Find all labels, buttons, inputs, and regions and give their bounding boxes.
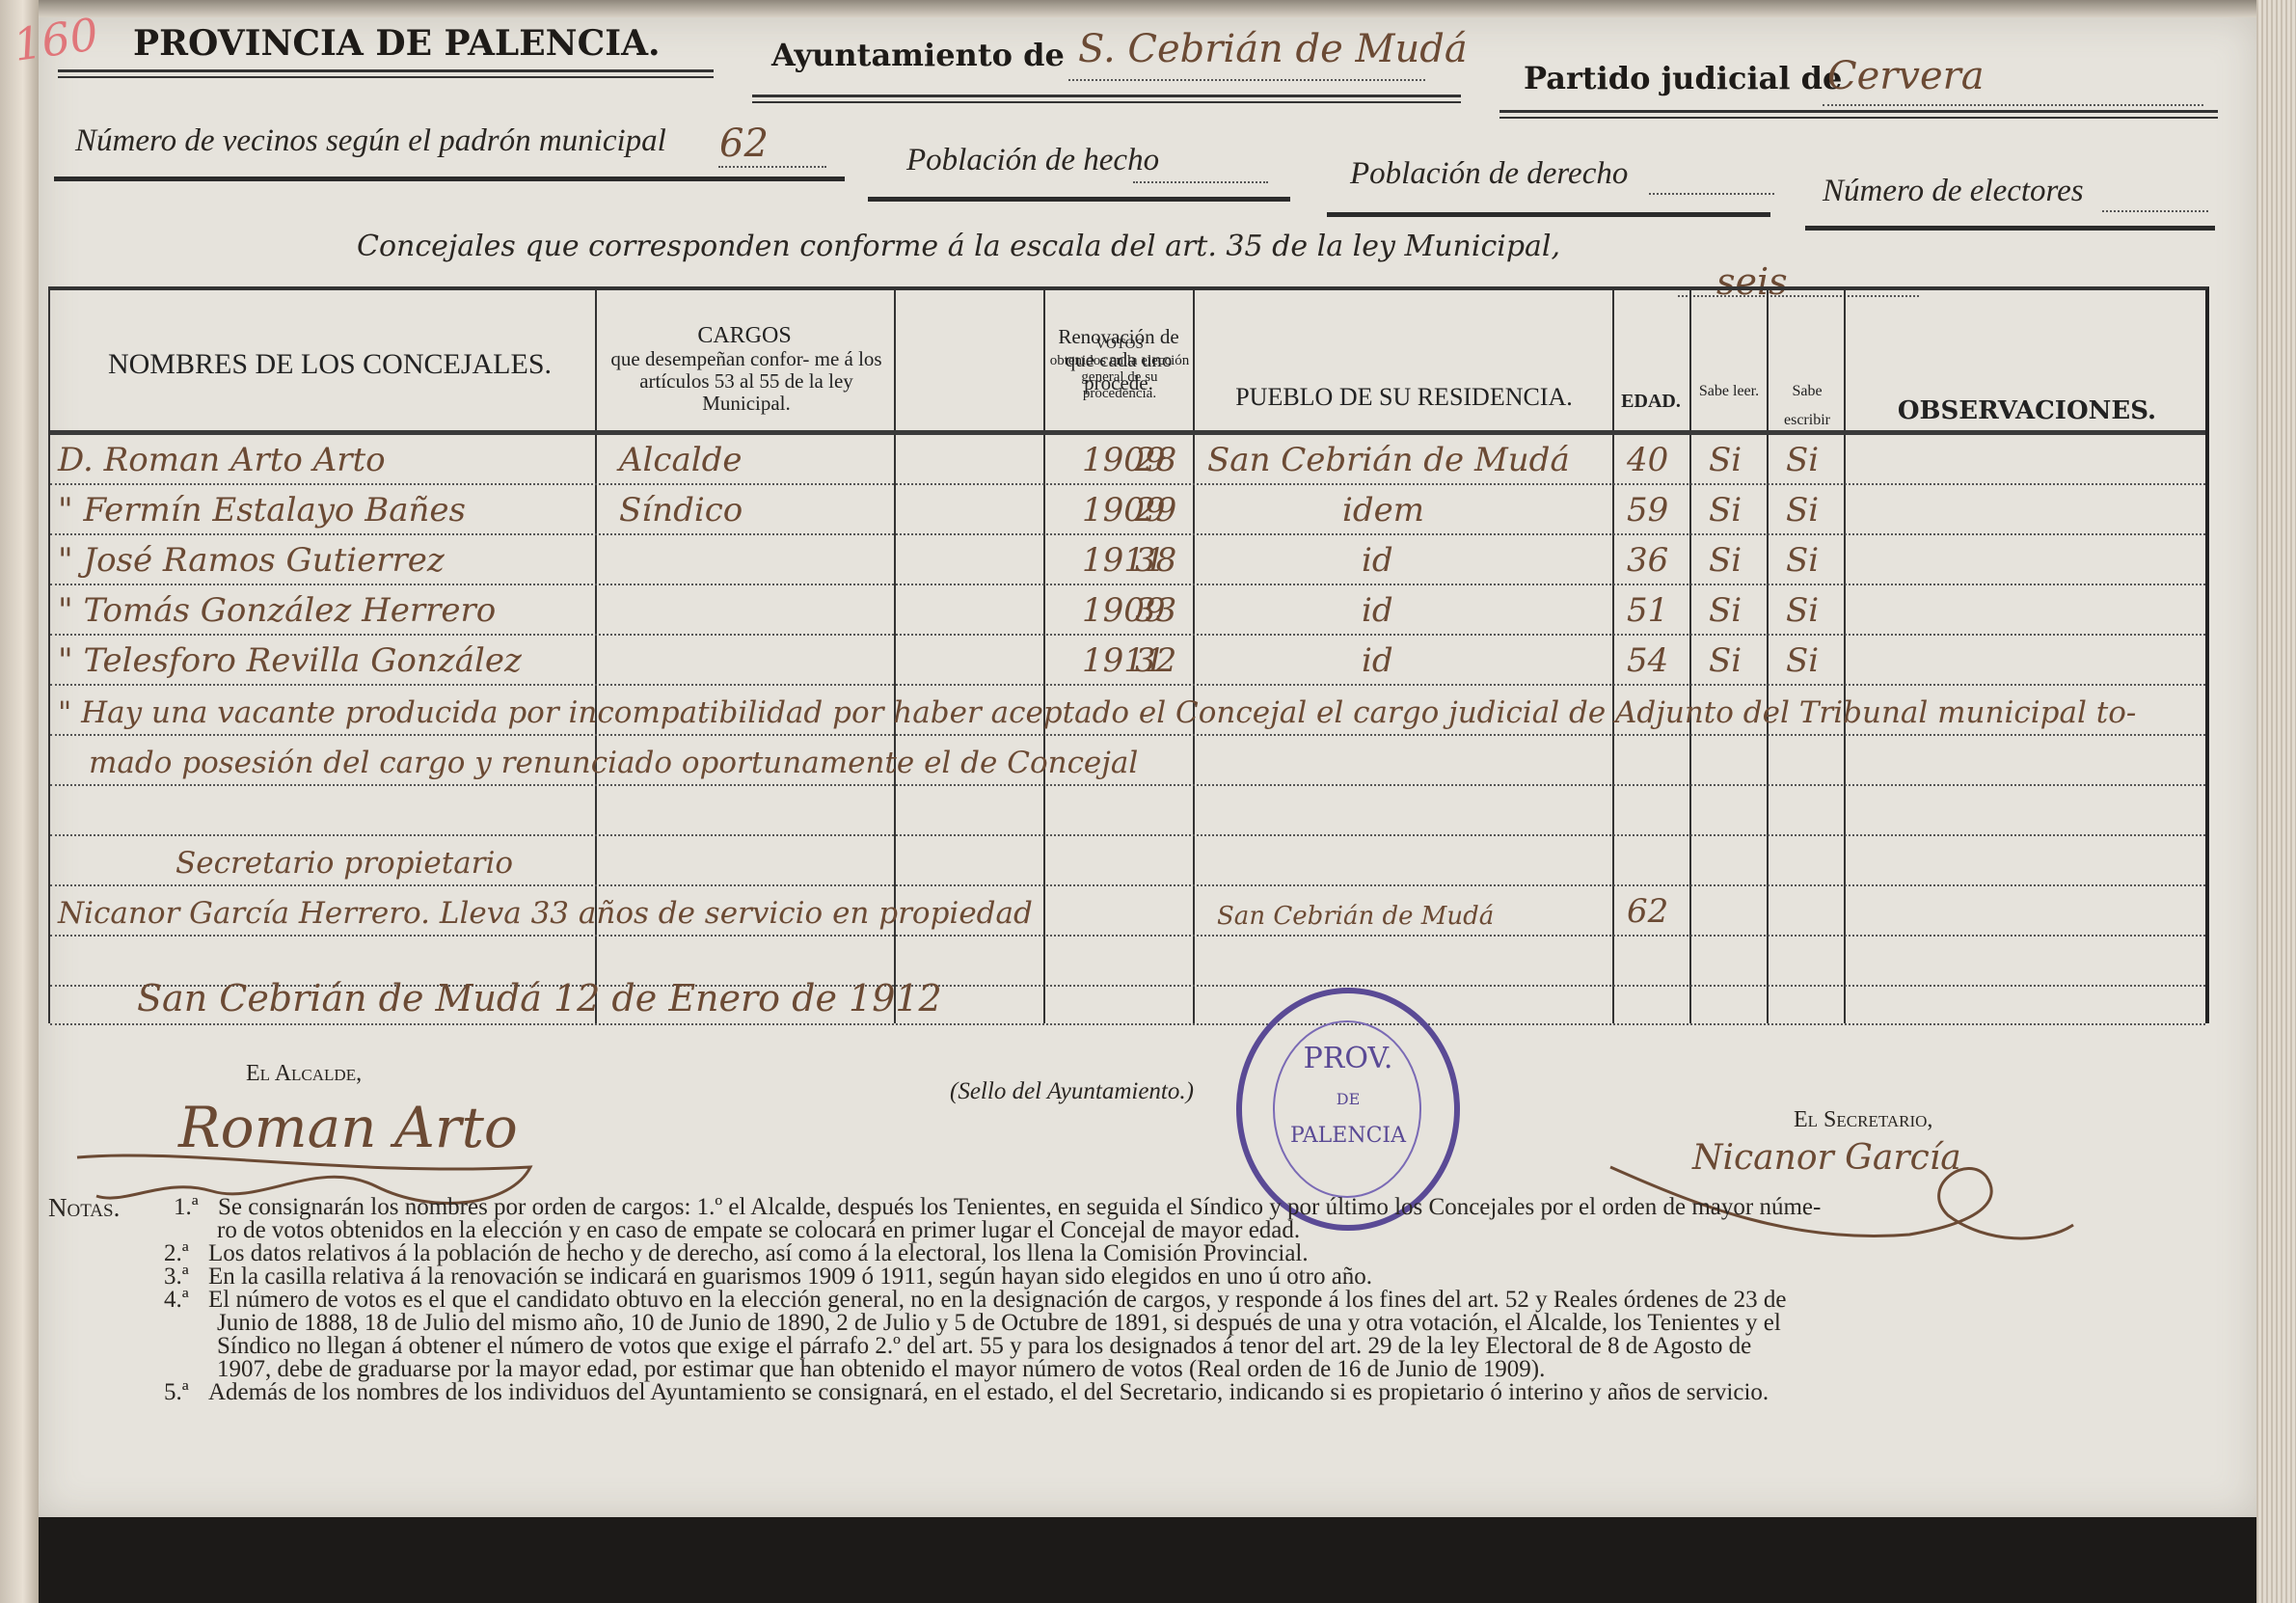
electores-label: Número de electores	[1823, 174, 2084, 209]
header-votos-title: VOTOS	[1047, 337, 1192, 353]
cell-escribir: Si	[1786, 491, 1819, 530]
ayuntamiento-dots	[1068, 79, 1425, 81]
cell-votos: 33	[1135, 591, 1176, 630]
province-title: PROVINCIA DE PALENCIA.	[133, 23, 661, 64]
note-text: En la casilla relativa á la renovación s…	[208, 1263, 1372, 1290]
poblacion-hecho-label: Población de hecho	[906, 143, 1159, 178]
note-2: 2.ªLos datos relativos á la población de…	[164, 1242, 1309, 1265]
table-row-date: San Cebrián de Mudá 12 de Enero de 1912	[50, 987, 2205, 1025]
table-row: " Fermín Estalayo Bañes Síndico 1909 29 …	[50, 485, 2205, 535]
note-5: 5.ªAdemás de los nombres de los individu…	[164, 1381, 1769, 1404]
concejales-table: NOMBRES DE LOS CONCEJALES. CARGOS que de…	[48, 286, 2209, 1023]
concejales-escala-label: Concejales que corresponden conforme á l…	[357, 230, 1560, 263]
partido-label: Partido judicial de	[1524, 60, 1842, 96]
cell-votos: 28	[1135, 441, 1176, 479]
seal-caption: (Sello del Ayuntamiento.)	[950, 1078, 1194, 1105]
notes-label: Notas.	[48, 1196, 120, 1219]
note-text: El número de votos es el que el candidat…	[208, 1287, 1787, 1313]
cell-nombre: " Telesforo Revilla González	[58, 641, 522, 680]
cell-leer: Si	[1709, 441, 1742, 479]
vecinos-dots	[718, 166, 826, 168]
note-1-cont: ro de votos obtenidos en la elección y e…	[217, 1219, 1300, 1242]
note-number: 3.ª	[164, 1265, 208, 1289]
header-sabe-escribir: Sabe escribir	[1772, 377, 1842, 435]
header-observaciones: OBSERVACIONES.	[1853, 396, 2201, 425]
ayuntamiento-value: S. Cebrián de Mudá	[1078, 27, 1468, 71]
table-row: D. Roman Arto Arto Alcalde 1909 28 San C…	[50, 435, 2205, 485]
table-row: " José Ramos Gutierrez 1911 38 id 36 Si …	[50, 535, 2205, 585]
cell-pueblo: id	[1362, 641, 1393, 680]
note-text: Además de los nombres de los individuos …	[208, 1379, 1769, 1405]
note-4-cont: Junio de 1888, 18 de Julio del mismo año…	[217, 1312, 1781, 1335]
note-number: 4.ª	[164, 1289, 208, 1312]
electores-field	[2102, 210, 2208, 212]
divider	[752, 95, 1461, 103]
note-number: 2.ª	[164, 1242, 208, 1265]
note-1: 1.ªSe consignarán los nombres por orden …	[174, 1196, 1821, 1219]
cell-leer: Si	[1709, 491, 1742, 530]
header-edad: EDAD.	[1612, 391, 1689, 413]
header-nombres: NOMBRES DE LOS CONCEJALES.	[69, 348, 590, 381]
note-4-cont3: 1907, debe de graduarse por la mayor eda…	[217, 1358, 1545, 1381]
secretary-heading: Secretario propietario	[176, 846, 513, 881]
ayuntamiento-label: Ayuntamiento de	[771, 37, 1065, 73]
cell-edad: 36	[1627, 541, 1668, 580]
row-rule	[50, 1023, 2205, 1025]
cell-pueblo: San Cebrián de Mudá	[1207, 441, 1570, 479]
alcalde-label: El Alcalde,	[246, 1061, 362, 1087]
cell-pueblo: idem	[1342, 491, 1424, 530]
divider	[1499, 110, 2218, 119]
cell-escribir: Si	[1786, 441, 1819, 479]
seal-text-top: PROV.	[1242, 1042, 1454, 1075]
date-line: San Cebrián de Mudá 12 de Enero de 1912	[137, 977, 942, 1019]
poblacion-derecho-field	[1649, 193, 1774, 195]
cell-edad: 40	[1627, 441, 1668, 479]
table-row-note: mado posesión del cargo y renunciado opo…	[50, 736, 2205, 786]
cell-leer: Si	[1709, 641, 1742, 680]
cell-leer: Si	[1709, 541, 1742, 580]
cell-escribir: Si	[1786, 591, 1819, 630]
cell-cargo: Síndico	[619, 491, 743, 530]
header-sabe-leer: Sabe leer.	[1695, 377, 1763, 406]
divider	[868, 197, 1290, 202]
cell-pueblo: id	[1362, 591, 1393, 630]
table-row: " Telesforo Revilla González 1911 32 id …	[50, 636, 2205, 686]
seal-text-bot: PALENCIA	[1242, 1124, 1454, 1148]
seal-text-mid: DE	[1242, 1090, 1454, 1108]
divider	[1805, 226, 2215, 231]
vecinos-value: 62	[719, 122, 769, 166]
note-text: Se consignarán los nombres por orden de …	[218, 1194, 1821, 1220]
note-text: Los datos relativos á la población de he…	[208, 1240, 1309, 1266]
divider	[54, 177, 845, 181]
table-row-empty	[50, 786, 2205, 836]
vacancy-note-line1: " Hay una vacante producida por incompat…	[58, 695, 2136, 730]
book-binding	[0, 0, 39, 1603]
cell-edad: 54	[1627, 641, 1668, 680]
secretary-line: Nicanor García Herrero. Lleva 33 años de…	[58, 896, 1033, 931]
cell-votos: 29	[1135, 491, 1176, 530]
poblacion-hecho-field	[1133, 181, 1268, 183]
partido-value: Cervera	[1827, 54, 1985, 98]
partido-dots	[1823, 104, 2203, 106]
table-row-secretary-heading: Secretario propietario	[50, 836, 2205, 886]
cell-votos: 32	[1135, 641, 1176, 680]
cell-edad: 59	[1627, 491, 1668, 530]
cell-escribir: Si	[1786, 641, 1819, 680]
header-pueblo: PUEBLO DE SU RESIDENCIA.	[1198, 383, 1610, 412]
cell-leer: Si	[1709, 591, 1742, 630]
page-top-edge	[39, 0, 2256, 17]
cell-votos: 38	[1135, 541, 1176, 580]
cell-nombre: " Fermín Estalayo Bañes	[58, 491, 466, 530]
secretario-label: El Secretario,	[1794, 1107, 1932, 1133]
note-4: 4.ªEl número de votos es el que el candi…	[164, 1289, 1787, 1312]
header-cargos-sub: que desempeñan confor- me á los artículo…	[602, 348, 891, 415]
poblacion-derecho-label: Población de derecho	[1350, 156, 1628, 192]
header-votos-sub: obtenidos en la elección general de su p…	[1047, 353, 1192, 402]
cell-edad: 51	[1627, 591, 1668, 630]
cell-escribir: Si	[1786, 541, 1819, 580]
header-votos: VOTOS obtenidos en la elección general d…	[1047, 337, 1192, 402]
table-row-note: " Hay una vacante producida por incompat…	[50, 686, 2205, 736]
vacancy-note-line2: mado posesión del cargo y renunciado opo…	[89, 746, 1138, 780]
vecinos-label: Número de vecinos según el padrón munici…	[75, 123, 666, 159]
table-row-secretary: Nicanor García Herrero. Lleva 33 años de…	[50, 886, 2205, 937]
divider	[1327, 212, 1770, 217]
note-number: 1.ª	[174, 1196, 218, 1219]
note-4-cont2: Síndico no llegan á obtener el número de…	[217, 1335, 1751, 1358]
cell-cargo: Alcalde	[619, 441, 743, 479]
cell-pueblo: id	[1362, 541, 1393, 580]
cell-nombre: D. Roman Arto Arto	[58, 441, 386, 479]
note-3: 3.ªEn la casilla relativa á la renovació…	[164, 1265, 1372, 1289]
cell-nombre: " José Ramos Gutierrez	[58, 541, 445, 580]
divider	[58, 69, 714, 78]
cell-nombre: " Tomás González Herrero	[58, 591, 496, 630]
secretary-edad: 62	[1627, 892, 1668, 931]
header-cargos-title: CARGOS	[600, 323, 889, 349]
page-stack-edge	[2256, 0, 2296, 1603]
note-number: 5.ª	[164, 1381, 208, 1404]
table-row: " Tomás González Herrero 1909 33 id 51 S…	[50, 585, 2205, 636]
secretary-pueblo: San Cebrián de Mudá	[1217, 902, 1494, 931]
